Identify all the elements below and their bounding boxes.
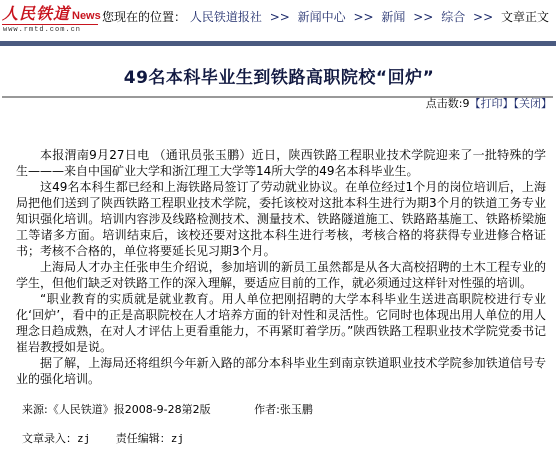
breadcrumb-separator: >>: [270, 10, 290, 24]
site-logo[interactable]: 人民铁道 News www.rmtd.com.cn: [2, 5, 98, 33]
breadcrumb: 您现在的位置： 人民铁道报社 >> 新闻中心 >> 新闻 >> 综合 >> 文章…: [102, 9, 549, 25]
breadcrumb-item-general[interactable]: 综合: [441, 10, 465, 24]
article-body: 本报渭南9月27日电 （通讯员张玉鹏）近日，陕西铁路工程职业技术学院迎来了一批特…: [16, 147, 546, 387]
click-count: 9: [463, 97, 470, 110]
source-label: 来源:: [22, 403, 48, 416]
article-meta: 点击数:9【打印】【关闭】: [426, 97, 552, 111]
editor-label: 责任编辑：: [116, 432, 171, 445]
article-source: 来源:《人民铁道》报2008-9-28第2版 作者:张玉鹏: [22, 403, 313, 417]
logo-url: www.rmtd.com.cn: [3, 26, 81, 34]
header-divider-bar: [0, 41, 556, 46]
author-label: 作者:: [254, 403, 280, 416]
logo-news: News: [72, 9, 101, 23]
breadcrumb-item-news[interactable]: 新闻: [381, 10, 405, 24]
click-count-label: 点击数:: [426, 97, 463, 110]
logo-underline: [2, 24, 98, 25]
breadcrumb-item-news-center[interactable]: 新闻中心: [298, 10, 346, 24]
source-value: 《人民铁道》报2008-9-28第2版: [48, 403, 211, 416]
author-value: 张玉鹏: [280, 403, 313, 416]
entry-value: zj: [77, 432, 90, 445]
breadcrumb-item-newspaper[interactable]: 人民铁道报社: [190, 10, 262, 24]
article-paragraph: 这49名本科生都已经和上海铁路局签订了劳动就业协议。在单位经过1个月的岗位培训后…: [16, 179, 546, 259]
breadcrumb-item-current: 文章正文: [501, 10, 549, 24]
article-paragraph: 上海局人才办主任张申生介绍说，参加培训的新员工虽然都是从各大高校招聘的土木工程专…: [16, 259, 546, 291]
article-paragraph: “职业教育的实质就是就业教育。用人单位把刚招聘的大学本科毕业生送进高职院校进行专…: [16, 291, 546, 355]
breadcrumb-separator: >>: [473, 10, 493, 24]
logo-name: 人民铁道: [2, 5, 70, 23]
breadcrumb-separator: >>: [413, 10, 433, 24]
breadcrumb-label: 您现在的位置：: [102, 10, 186, 24]
breadcrumb-separator: >>: [353, 10, 373, 24]
entry-label: 文章录入：: [22, 432, 77, 445]
editor-value: zj: [171, 432, 184, 445]
article-paragraph: 本报渭南9月27日电 （通讯员张玉鹏）近日，陕西铁路工程职业技术学院迎来了一批特…: [16, 147, 546, 179]
article-paragraph: 据了解，上海局还将组织今年新入路的部分本科毕业生到南京铁道职业技术学院参加铁道信…: [16, 355, 546, 387]
site-header: 人民铁道 News www.rmtd.com.cn 您现在的位置： 人民铁道报社…: [0, 0, 558, 36]
close-button[interactable]: 【关闭】: [514, 97, 553, 110]
article-title: 49名本科毕业生到铁路高职院校“回炉”: [0, 67, 558, 89]
print-button[interactable]: 【打印】: [470, 97, 514, 110]
article-credits: 文章录入：zj 责任编辑：zj: [22, 432, 184, 446]
